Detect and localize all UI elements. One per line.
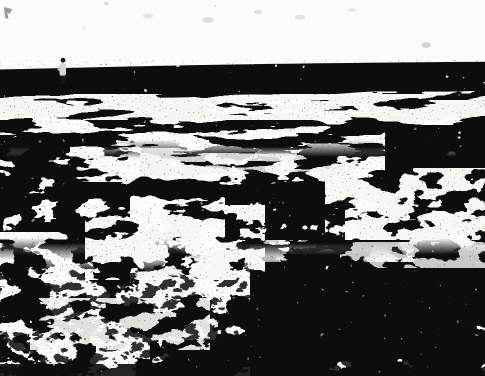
photo-canvas: Grainy black-and-white halftone photogra… bbox=[0, 0, 485, 376]
print-speckle bbox=[0, 60, 485, 376]
photograph: Grainy black-and-white halftone photogra… bbox=[0, 0, 485, 376]
